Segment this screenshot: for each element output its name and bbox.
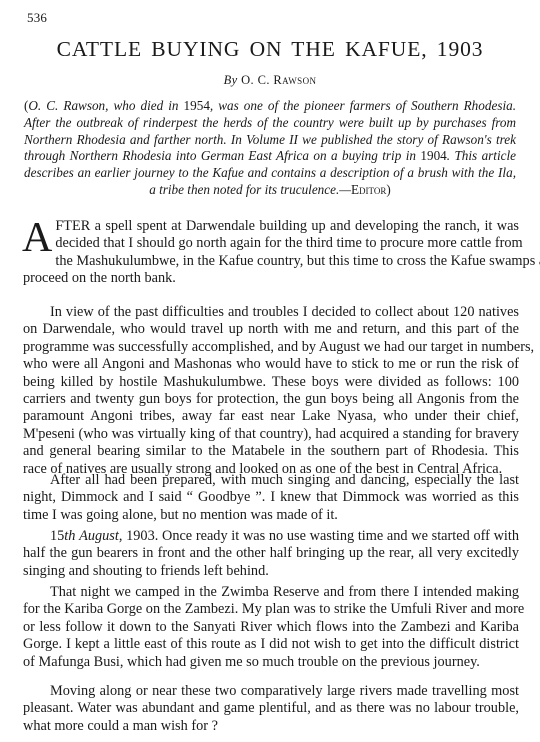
paragraph-line: or less follow it down to the Sanyati Ri…: [23, 619, 519, 636]
paragraph-line: programme was successfully accomplished,…: [23, 339, 519, 356]
paragraph-line: of Mafunga Busi, which had given me so m…: [23, 654, 519, 671]
paragraph-line: FTER a spell spent at Darwendale buildin…: [23, 218, 519, 235]
date-day: 15: [50, 528, 64, 544]
page-number: 536: [27, 10, 47, 26]
paragraph-line: pleasant. Water was abundant and game pl…: [23, 700, 519, 717]
paragraph-line: After all had been prepared, with much s…: [23, 472, 519, 489]
editor-note-line: a tribe then noted for its truculence.—E…: [24, 182, 516, 199]
date-month: August: [79, 528, 119, 544]
paragraph-line: time I was going alone, but no mention w…: [23, 507, 519, 524]
paragraph-line: for the Kariba Gorge on the Zambezi. My …: [23, 601, 519, 618]
paragraph-line: In view of the past difficulties and tro…: [23, 304, 519, 321]
date-suffix: th: [64, 528, 75, 544]
paragraph-line: That night we camped in the Zwimba Reser…: [23, 584, 519, 601]
paragraph-line: decided that I should go north again for…: [23, 235, 519, 252]
drop-cap: A: [22, 219, 52, 253]
paragraph-line: night, Dimmock and I said “ Goodbye ”. I…: [23, 489, 519, 506]
editor-note-line: describes an earlier journey to the Kafu…: [24, 165, 516, 182]
paragraph-line: paramount Angoni tribes, away far east n…: [23, 408, 519, 425]
editor-note-line: Northern Rhodesia and farther north. In …: [24, 132, 516, 149]
paragraph-line: Gorge. I kept a little east of this rout…: [23, 636, 519, 653]
paragraph-line: proceed on the north bank.: [23, 270, 519, 287]
paragraph-5: That night we camped in the Zwimba Reser…: [23, 584, 519, 671]
paragraph-line: carriers and twenty gun boys for protect…: [23, 391, 519, 408]
paragraph-line: the Mashukulumbwe, in the Kafue country,…: [23, 253, 519, 270]
paragraph-line: half the gun bearers in front and the ot…: [23, 545, 519, 562]
paragraph-2: In view of the past difficulties and tro…: [23, 304, 519, 478]
article-title: CATTLE BUYING ON THE KAFUE, 1903: [0, 37, 540, 62]
paragraph-6: Moving along or near these two comparati…: [23, 683, 519, 735]
paragraph-line: Moving along or near these two comparati…: [23, 683, 519, 700]
paragraph-3: After all had been prepared, with much s…: [23, 472, 519, 524]
paragraph-line: being killed by hostile Mashukulumbwe. T…: [23, 374, 519, 391]
byline-author: O. C. Rawson: [241, 73, 316, 87]
paragraph-line: and general bearing similar to the Matab…: [23, 443, 519, 460]
editor-note-line: After the outbreak of rinderpest the her…: [24, 115, 516, 132]
byline-prefix: By: [224, 73, 238, 87]
paragraph-line: singing and shouting to friends left beh…: [23, 563, 519, 580]
paragraph-line: 15th August, 1903. Once ready it was no …: [23, 528, 519, 545]
byline: By O. C. Rawson: [0, 73, 540, 88]
paragraph-1: A FTER a spell spent at Darwendale build…: [23, 218, 519, 288]
paragraph-line: M'peseni (who was virtually king of that…: [23, 426, 519, 443]
paragraph-line: what more could a man wish for ?: [23, 718, 519, 735]
editor-note-line: (O. C. Rawson, who died in 1954, was one…: [24, 98, 516, 115]
paragraph-line: on Darwendale, who would travel up north…: [23, 321, 519, 338]
paragraph-4: 15th August, 1903. Once ready it was no …: [23, 528, 519, 580]
paragraph-line: who were all Angoni and Mashonas who wou…: [23, 356, 519, 373]
editor-note-line: through Northern Rhodesia into German Ea…: [24, 148, 516, 165]
editor-note: (O. C. Rawson, who died in 1954, was one…: [24, 98, 516, 199]
